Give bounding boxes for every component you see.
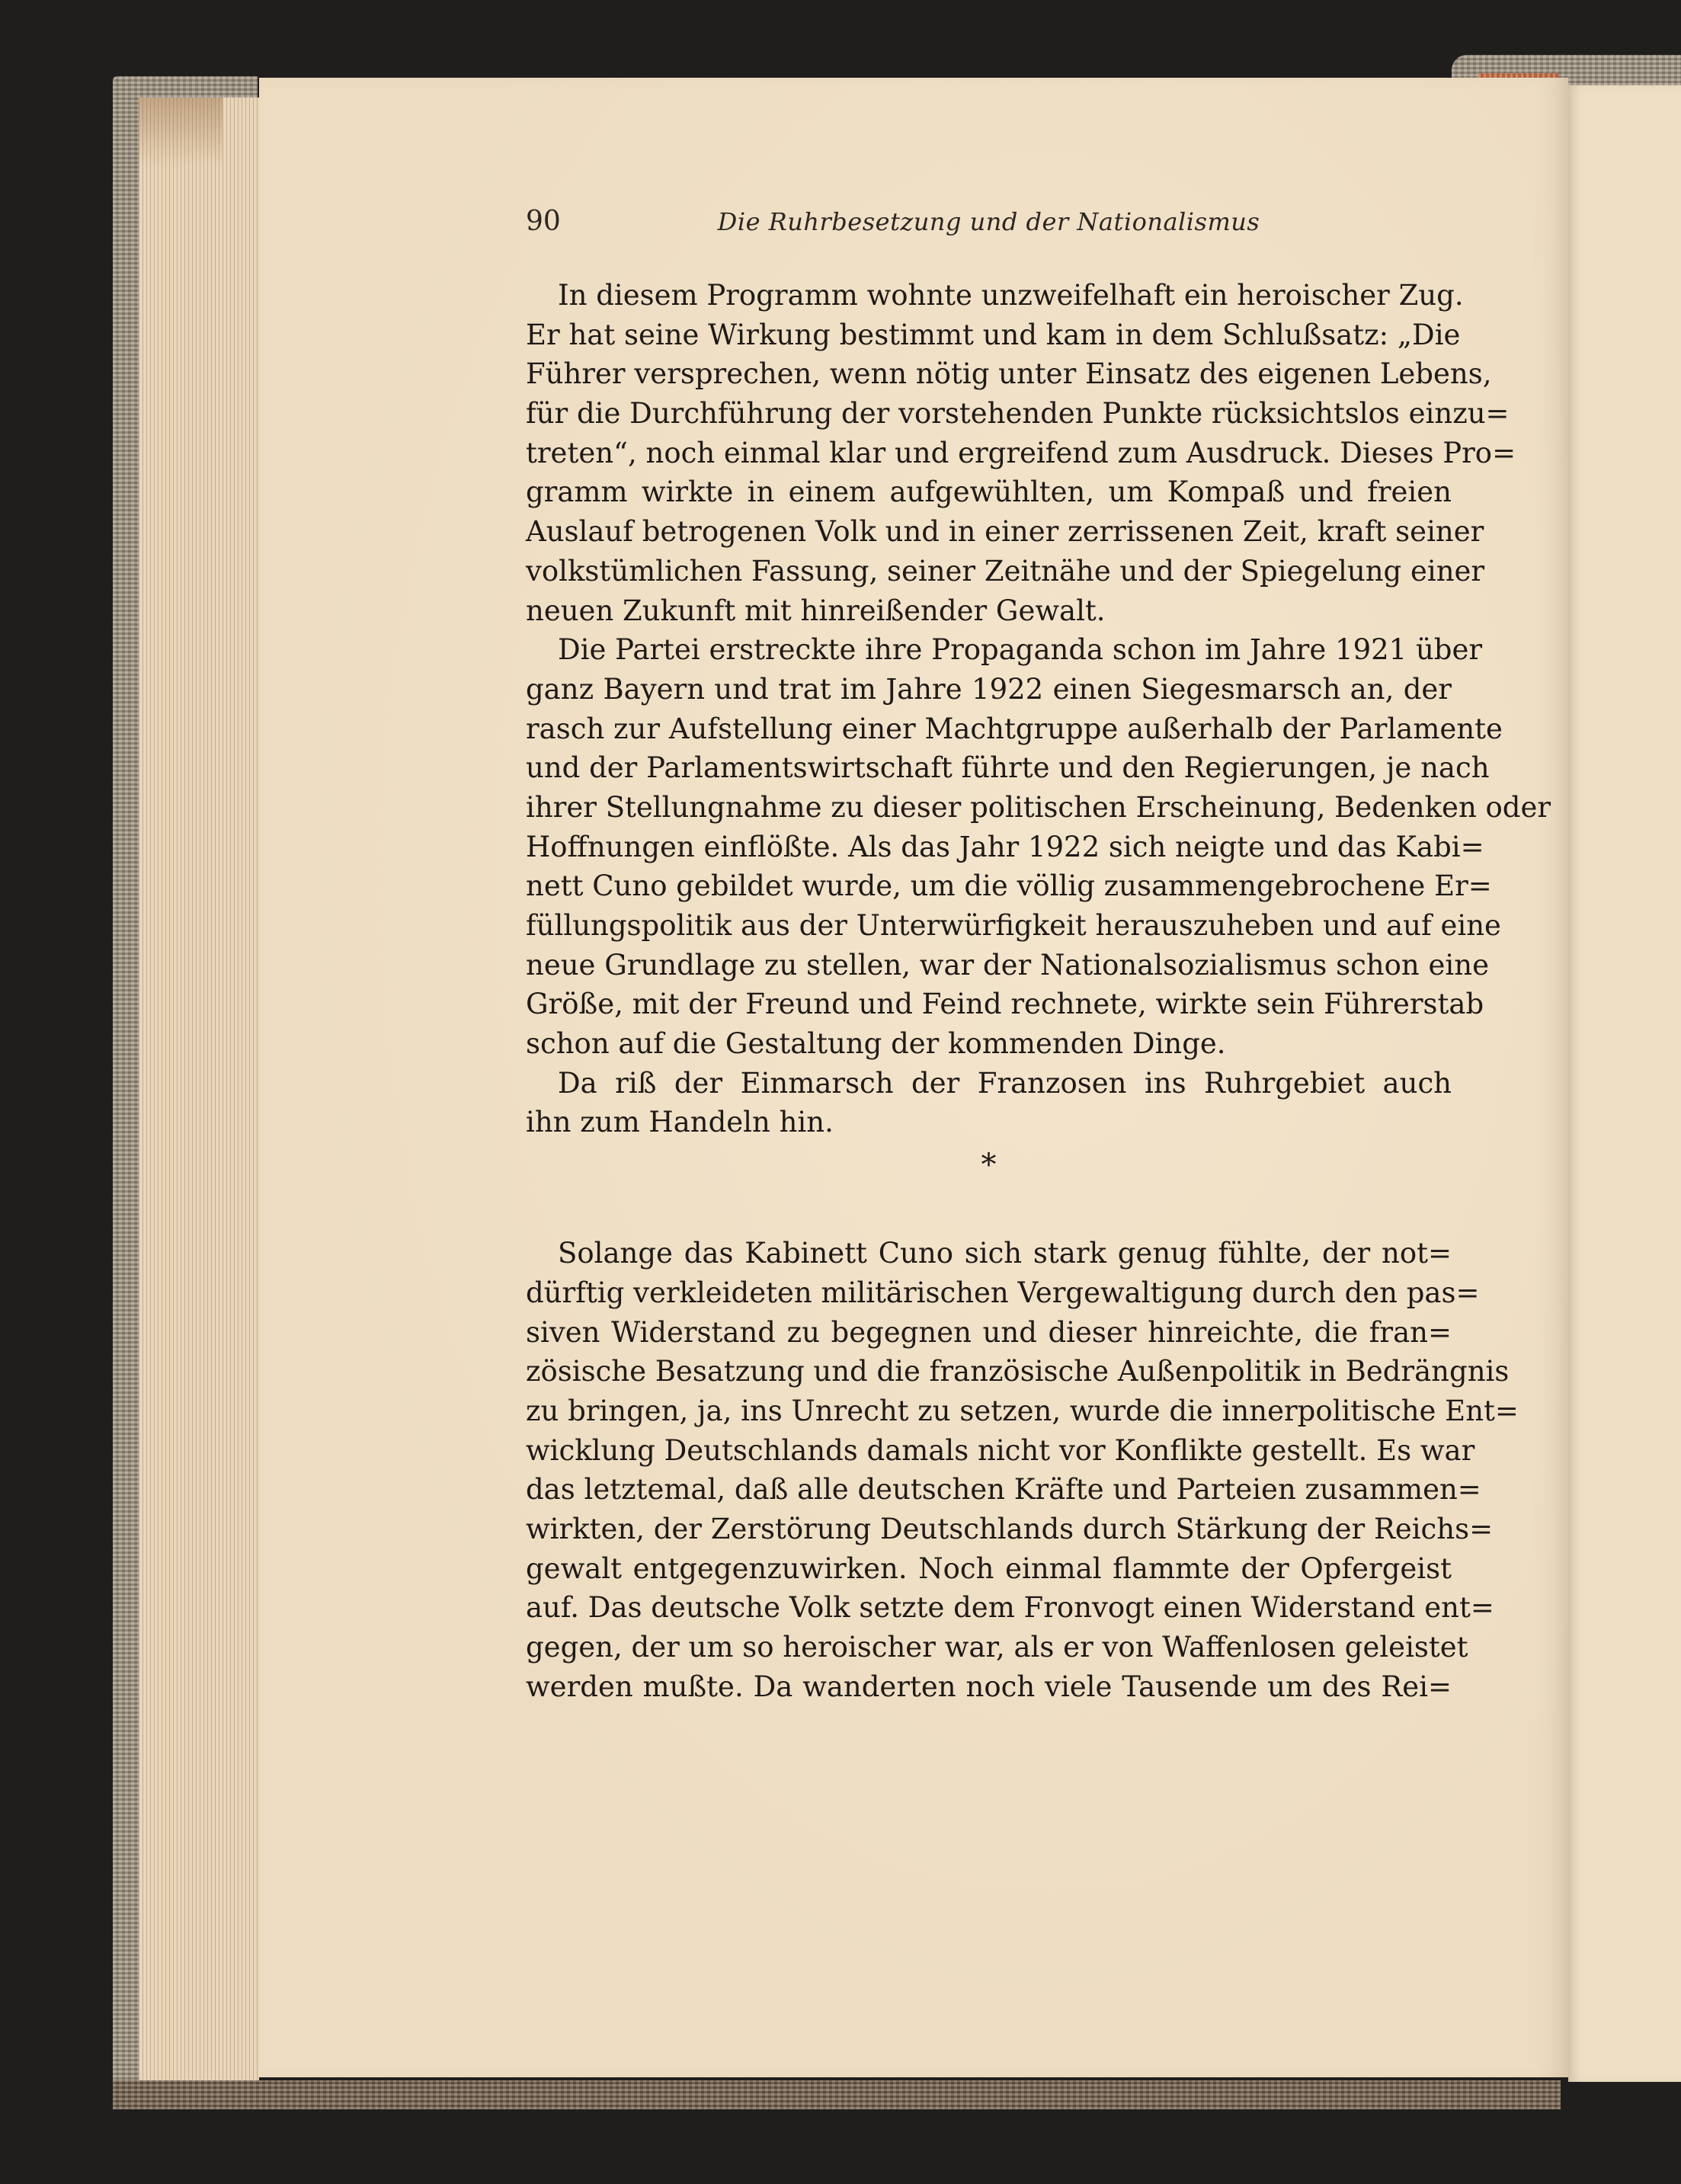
text-line: In diesem Programm wohnte unzweifelhaft … — [526, 276, 1452, 315]
text-line: das letztemal, daß alle deutschen Kräfte… — [526, 1470, 1452, 1510]
text-line: dürftig verkleideten militärischen Verge… — [526, 1273, 1452, 1313]
text-line: und der Parlamentswirtschaft führte und … — [526, 748, 1452, 788]
page-header: 90 Die Ruhrbesetzung und der Nationalism… — [526, 206, 1452, 251]
text-line: werden mußte. Da wanderten noch viele Ta… — [526, 1667, 1452, 1707]
running-title: Die Ruhrbesetzung und der Nationalismus — [526, 207, 1452, 236]
section-separator-asterisk: * — [526, 1142, 1452, 1234]
paragraph-2: Die Partei erstreckte ihre Propaganda sc… — [526, 630, 1452, 1064]
text-line: gewalt entgegenzuwirken. Noch einmal fla… — [526, 1549, 1452, 1589]
book-cover-cloth-top — [113, 76, 258, 98]
text-line: Führer versprechen, wenn nötig unter Ein… — [526, 354, 1452, 394]
text-line: ihrer Stellungnahme zu dieser politische… — [526, 788, 1452, 828]
text-line: Die Partei erstreckte ihre Propaganda sc… — [526, 630, 1452, 670]
paragraph-3: Da riß der Einmarsch der Franzosen ins R… — [526, 1064, 1452, 1142]
paragraph-1: In diesem Programm wohnte unzweifelhaft … — [526, 276, 1452, 630]
text-line: zösische Besatzung und die französische … — [526, 1352, 1452, 1391]
text-line: Auslauf betrogenen Volk und in einer zer… — [526, 512, 1452, 552]
facing-page — [1568, 85, 1681, 2082]
page-stack-fore-edge — [139, 98, 259, 2080]
text-line: ihn zum Handeln hin. — [526, 1103, 1452, 1142]
text-line: volkstümlichen Fassung, seiner Zeitnähe … — [526, 552, 1452, 591]
text-line: wicklung Deutschlands damals nicht vor K… — [526, 1431, 1452, 1471]
text-line: für die Durchführung der vorstehenden Pu… — [526, 394, 1452, 434]
text-line: füllungspolitik aus der Unterwürfigkeit … — [526, 906, 1452, 946]
text-line: gramm wirkte in einem aufgewühlten, um K… — [526, 472, 1452, 512]
paragraph-4: Solange das Kabinett Cuno sich stark gen… — [526, 1234, 1452, 1706]
text-line: schon auf die Gestaltung der kommenden D… — [526, 1024, 1452, 1064]
text-line: Solange das Kabinett Cuno sich stark gen… — [526, 1234, 1452, 1273]
text-line: Größe, mit der Freund und Feind rechnete… — [526, 985, 1452, 1024]
text-line: wirkten, der Zerstörung Deutschlands dur… — [526, 1510, 1452, 1549]
text-line: auf. Das deutsche Volk setzte dem Fronvo… — [526, 1588, 1452, 1628]
book-cover-cloth-bottom — [113, 2080, 1561, 2109]
text-line: neue Grundlage zu stellen, war der Natio… — [526, 946, 1452, 985]
text-line: siven Widerstand zu begegnen und dieser … — [526, 1313, 1452, 1353]
text-line: Hoffnungen einflößte. Als das Jahr 1922 … — [526, 828, 1452, 867]
text-line: nett Cuno gebildet wurde, um die völlig … — [526, 866, 1452, 906]
text-line: Da riß der Einmarsch der Franzosen ins R… — [526, 1064, 1452, 1103]
text-line: gegen, der um so heroischer war, als er … — [526, 1628, 1452, 1667]
text-line: ganz Bayern und trat im Jahre 1922 einen… — [526, 670, 1452, 709]
text-line: treten“, noch einmal klar und ergreifend… — [526, 434, 1452, 473]
text-line: zu bringen, ja, ins Unrecht zu setzen, w… — [526, 1391, 1452, 1431]
text-line: Er hat seine Wirkung bestimmt und kam in… — [526, 315, 1452, 355]
text-line: rasch zur Aufstellung einer Machtgruppe … — [526, 709, 1452, 749]
text-line: neuen Zukunft mit hinreißender Gewalt. — [526, 591, 1452, 631]
body-text: In diesem Programm wohnte unzweifelhaft … — [526, 276, 1452, 1706]
